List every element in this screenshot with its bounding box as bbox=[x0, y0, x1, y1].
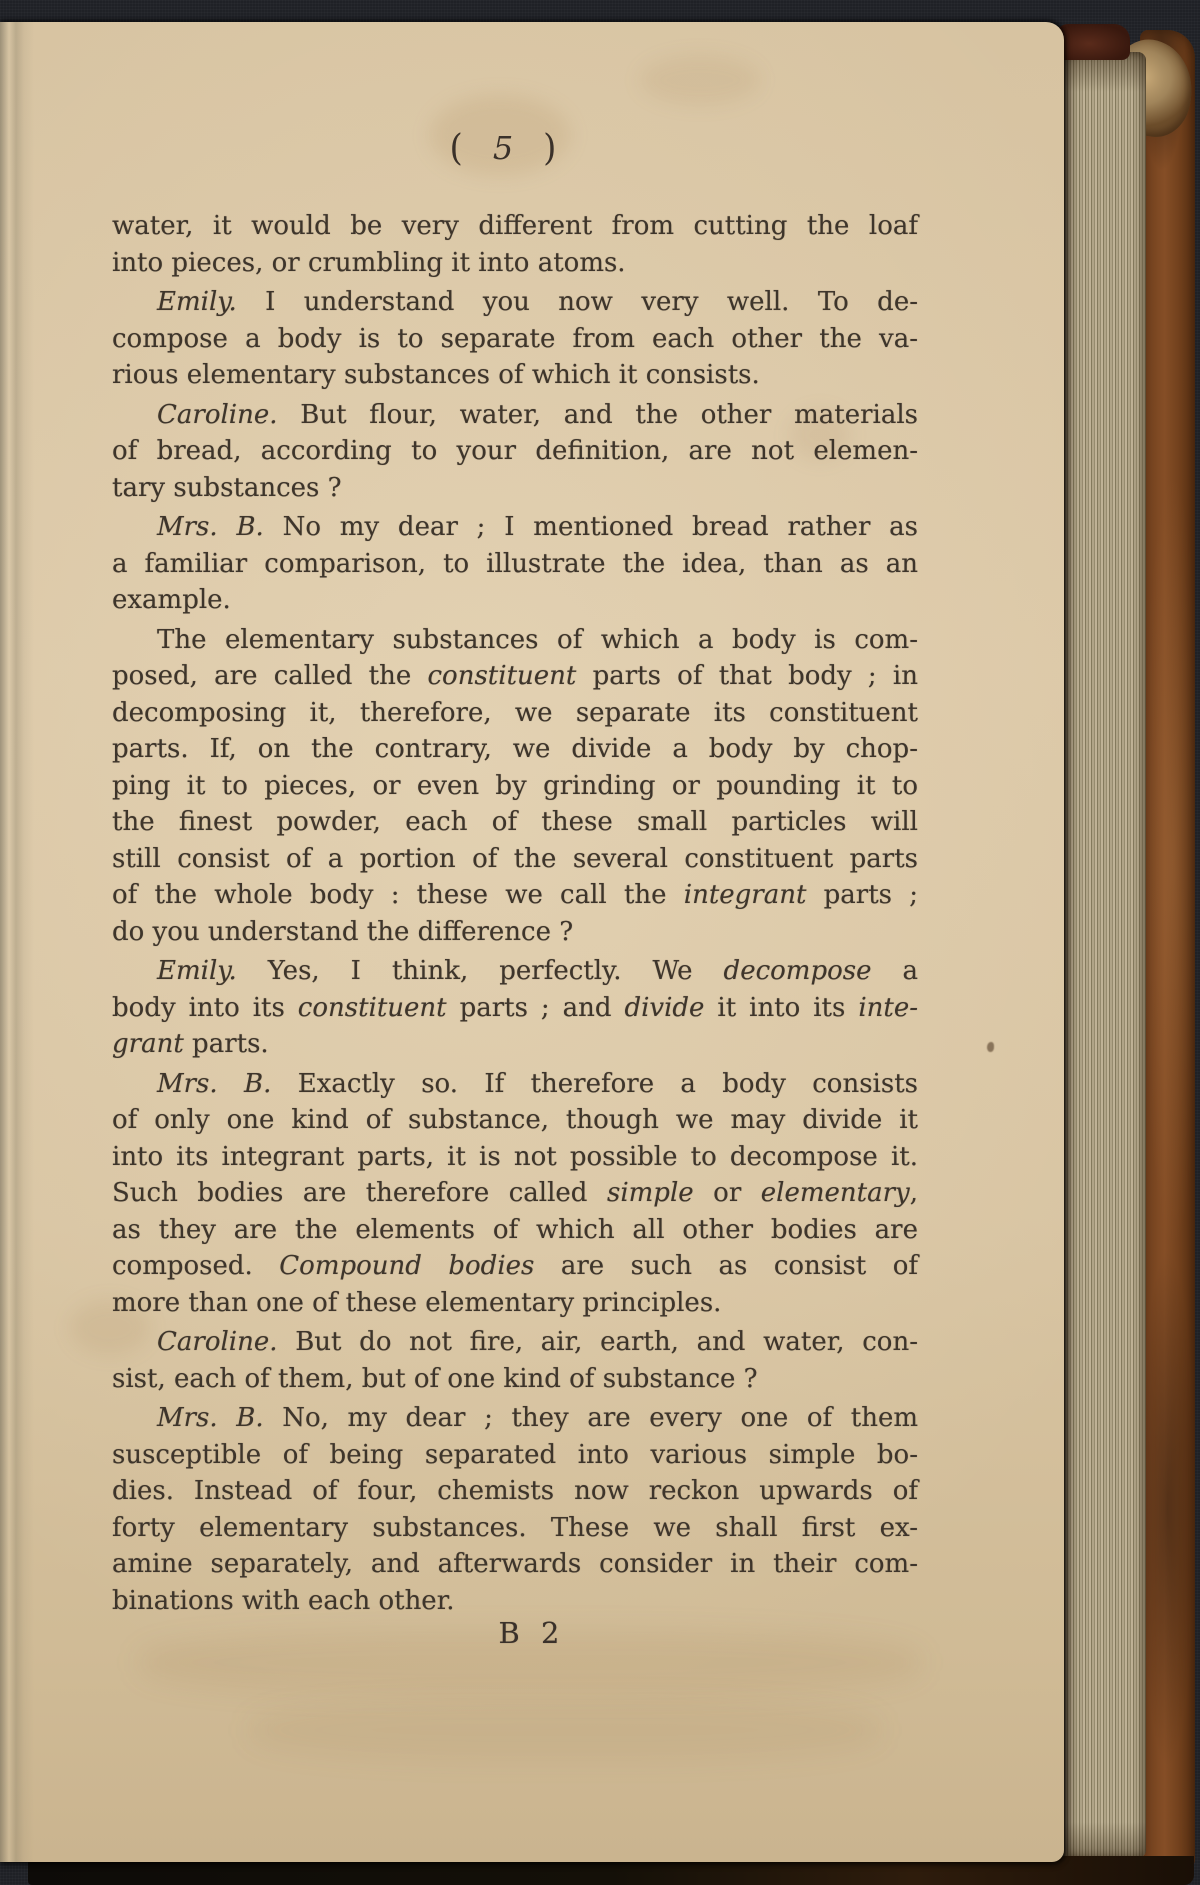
stain-spot bbox=[640, 55, 760, 105]
text-line: binations with each other. bbox=[112, 1583, 918, 1620]
text-line: composed. Compound bodies are such as co… bbox=[112, 1248, 918, 1285]
text-line: of bread, according to your definition, … bbox=[112, 433, 918, 470]
text-line: of only one kind of substance, though we… bbox=[112, 1102, 918, 1139]
text-line: compose a body is to separate from each … bbox=[112, 321, 918, 358]
text-line: sist, each of them, but of one kind of s… bbox=[112, 1361, 918, 1398]
text-line: The elementary substances of which a bod… bbox=[112, 622, 918, 659]
text-line: as they are the elements of which all ot… bbox=[112, 1212, 918, 1249]
page-number: 5 bbox=[493, 129, 513, 167]
text-line: water, it would be very different from c… bbox=[112, 208, 918, 245]
scan-background: { "page_header": { "open": "(", "number"… bbox=[0, 0, 1200, 1885]
text-line: rious elementary substances of which it … bbox=[112, 357, 918, 394]
text-line: Mrs. B. No, my dear ; they are every one… bbox=[112, 1400, 918, 1437]
fore-edge-page-stack bbox=[1062, 52, 1146, 1858]
text-line: more than one of these elementary princi… bbox=[112, 1285, 918, 1322]
text-line: tary substances ? bbox=[112, 470, 918, 507]
text-line: ping it to pieces, or even by grinding o… bbox=[112, 768, 918, 805]
text-line: decomposing it, therefore, we separate i… bbox=[112, 695, 918, 732]
book: (5) water, it would be very different fr… bbox=[0, 0, 1200, 1885]
text-line: susceptible of being separated into vari… bbox=[112, 1437, 918, 1474]
text-line: forty elementary substances. These we sh… bbox=[112, 1510, 918, 1547]
book-cover-edge bbox=[1140, 30, 1195, 1878]
text-line: Caroline. But flour, water, and the othe… bbox=[112, 397, 918, 434]
text-line: of the whole body : these we call the in… bbox=[112, 877, 918, 914]
text-line: a familiar comparison, to illustrate the… bbox=[112, 546, 918, 583]
text-line: Caroline. But do not fire, air, earth, a… bbox=[112, 1324, 918, 1361]
text-line: body into its constituent parts ; and di… bbox=[112, 990, 918, 1027]
headcap bbox=[1056, 24, 1130, 60]
text-block: water, it would be very different from c… bbox=[112, 208, 918, 1619]
close-paren: ) bbox=[543, 126, 556, 169]
text-line: the finest powder, each of these small p… bbox=[112, 804, 918, 841]
text-line: Such bodies are therefore called simple … bbox=[112, 1175, 918, 1212]
text-line: into its integrant parts, it is not poss… bbox=[112, 1139, 918, 1176]
text-line: amine separately, and afterwards conside… bbox=[112, 1546, 918, 1583]
text-line: Mrs. B. No my dear ; I mentioned bread r… bbox=[112, 509, 918, 546]
text-line: parts. If, on the contrary, we divide a … bbox=[112, 731, 918, 768]
text-line: still consist of a portion of the severa… bbox=[112, 841, 918, 878]
page-gutter bbox=[0, 22, 34, 1862]
text-line: dies. Instead of four, chemists now reck… bbox=[112, 1473, 918, 1510]
text-line: Emily. Yes, I think, perfectly. We decom… bbox=[112, 953, 918, 990]
open-paren: ( bbox=[450, 126, 463, 169]
page-number-header: (5) bbox=[100, 128, 906, 168]
text-line: example. bbox=[112, 582, 918, 619]
text-line: into pieces, or crumbling it into atoms. bbox=[112, 245, 918, 282]
book-page: (5) water, it would be very different fr… bbox=[0, 22, 1064, 1862]
stain-spot bbox=[250, 1700, 880, 1760]
text-line: posed, are called the constituent parts … bbox=[112, 658, 918, 695]
text-line: Emily. I understand you now very well. T… bbox=[112, 284, 918, 321]
stain-spot bbox=[987, 1042, 994, 1052]
text-line: grant parts. bbox=[112, 1026, 918, 1063]
text-line: do you understand the difference ? bbox=[112, 914, 918, 951]
signature-mark: B 2 bbox=[126, 1616, 932, 1650]
text-line: Mrs. B. Exactly so. If therefore a body … bbox=[112, 1066, 918, 1103]
